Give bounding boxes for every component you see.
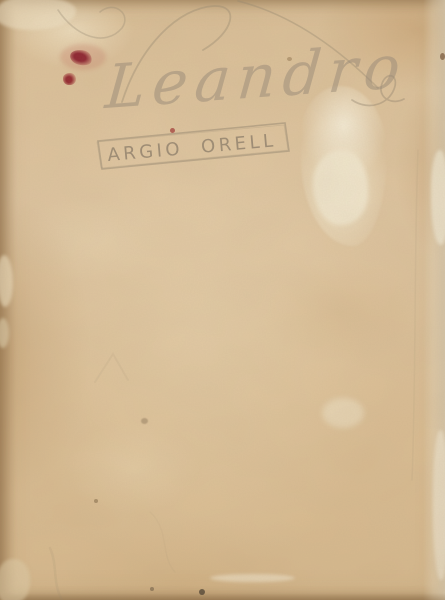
red-stain-dot <box>170 128 175 133</box>
red-stain-secondary <box>63 73 76 85</box>
artwork-verso-photo: Leandro ARGIO ORELL <box>0 0 445 600</box>
light-spot-small <box>322 398 364 428</box>
dark-speck <box>199 589 205 595</box>
edge-chip-right-1 <box>431 150 445 245</box>
aged-paper <box>0 0 445 600</box>
dark-speck <box>440 53 445 60</box>
dark-speck <box>141 418 148 424</box>
dark-speck <box>94 499 98 503</box>
worn-edge-bottom <box>0 593 445 600</box>
light-streak-bottom <box>210 574 295 582</box>
edge-chip-right-2 <box>433 430 445 580</box>
corner-chip-bottom-left <box>0 559 30 600</box>
residue-patch-core <box>313 150 368 225</box>
dark-speck <box>287 57 292 61</box>
dark-speck <box>150 587 154 591</box>
